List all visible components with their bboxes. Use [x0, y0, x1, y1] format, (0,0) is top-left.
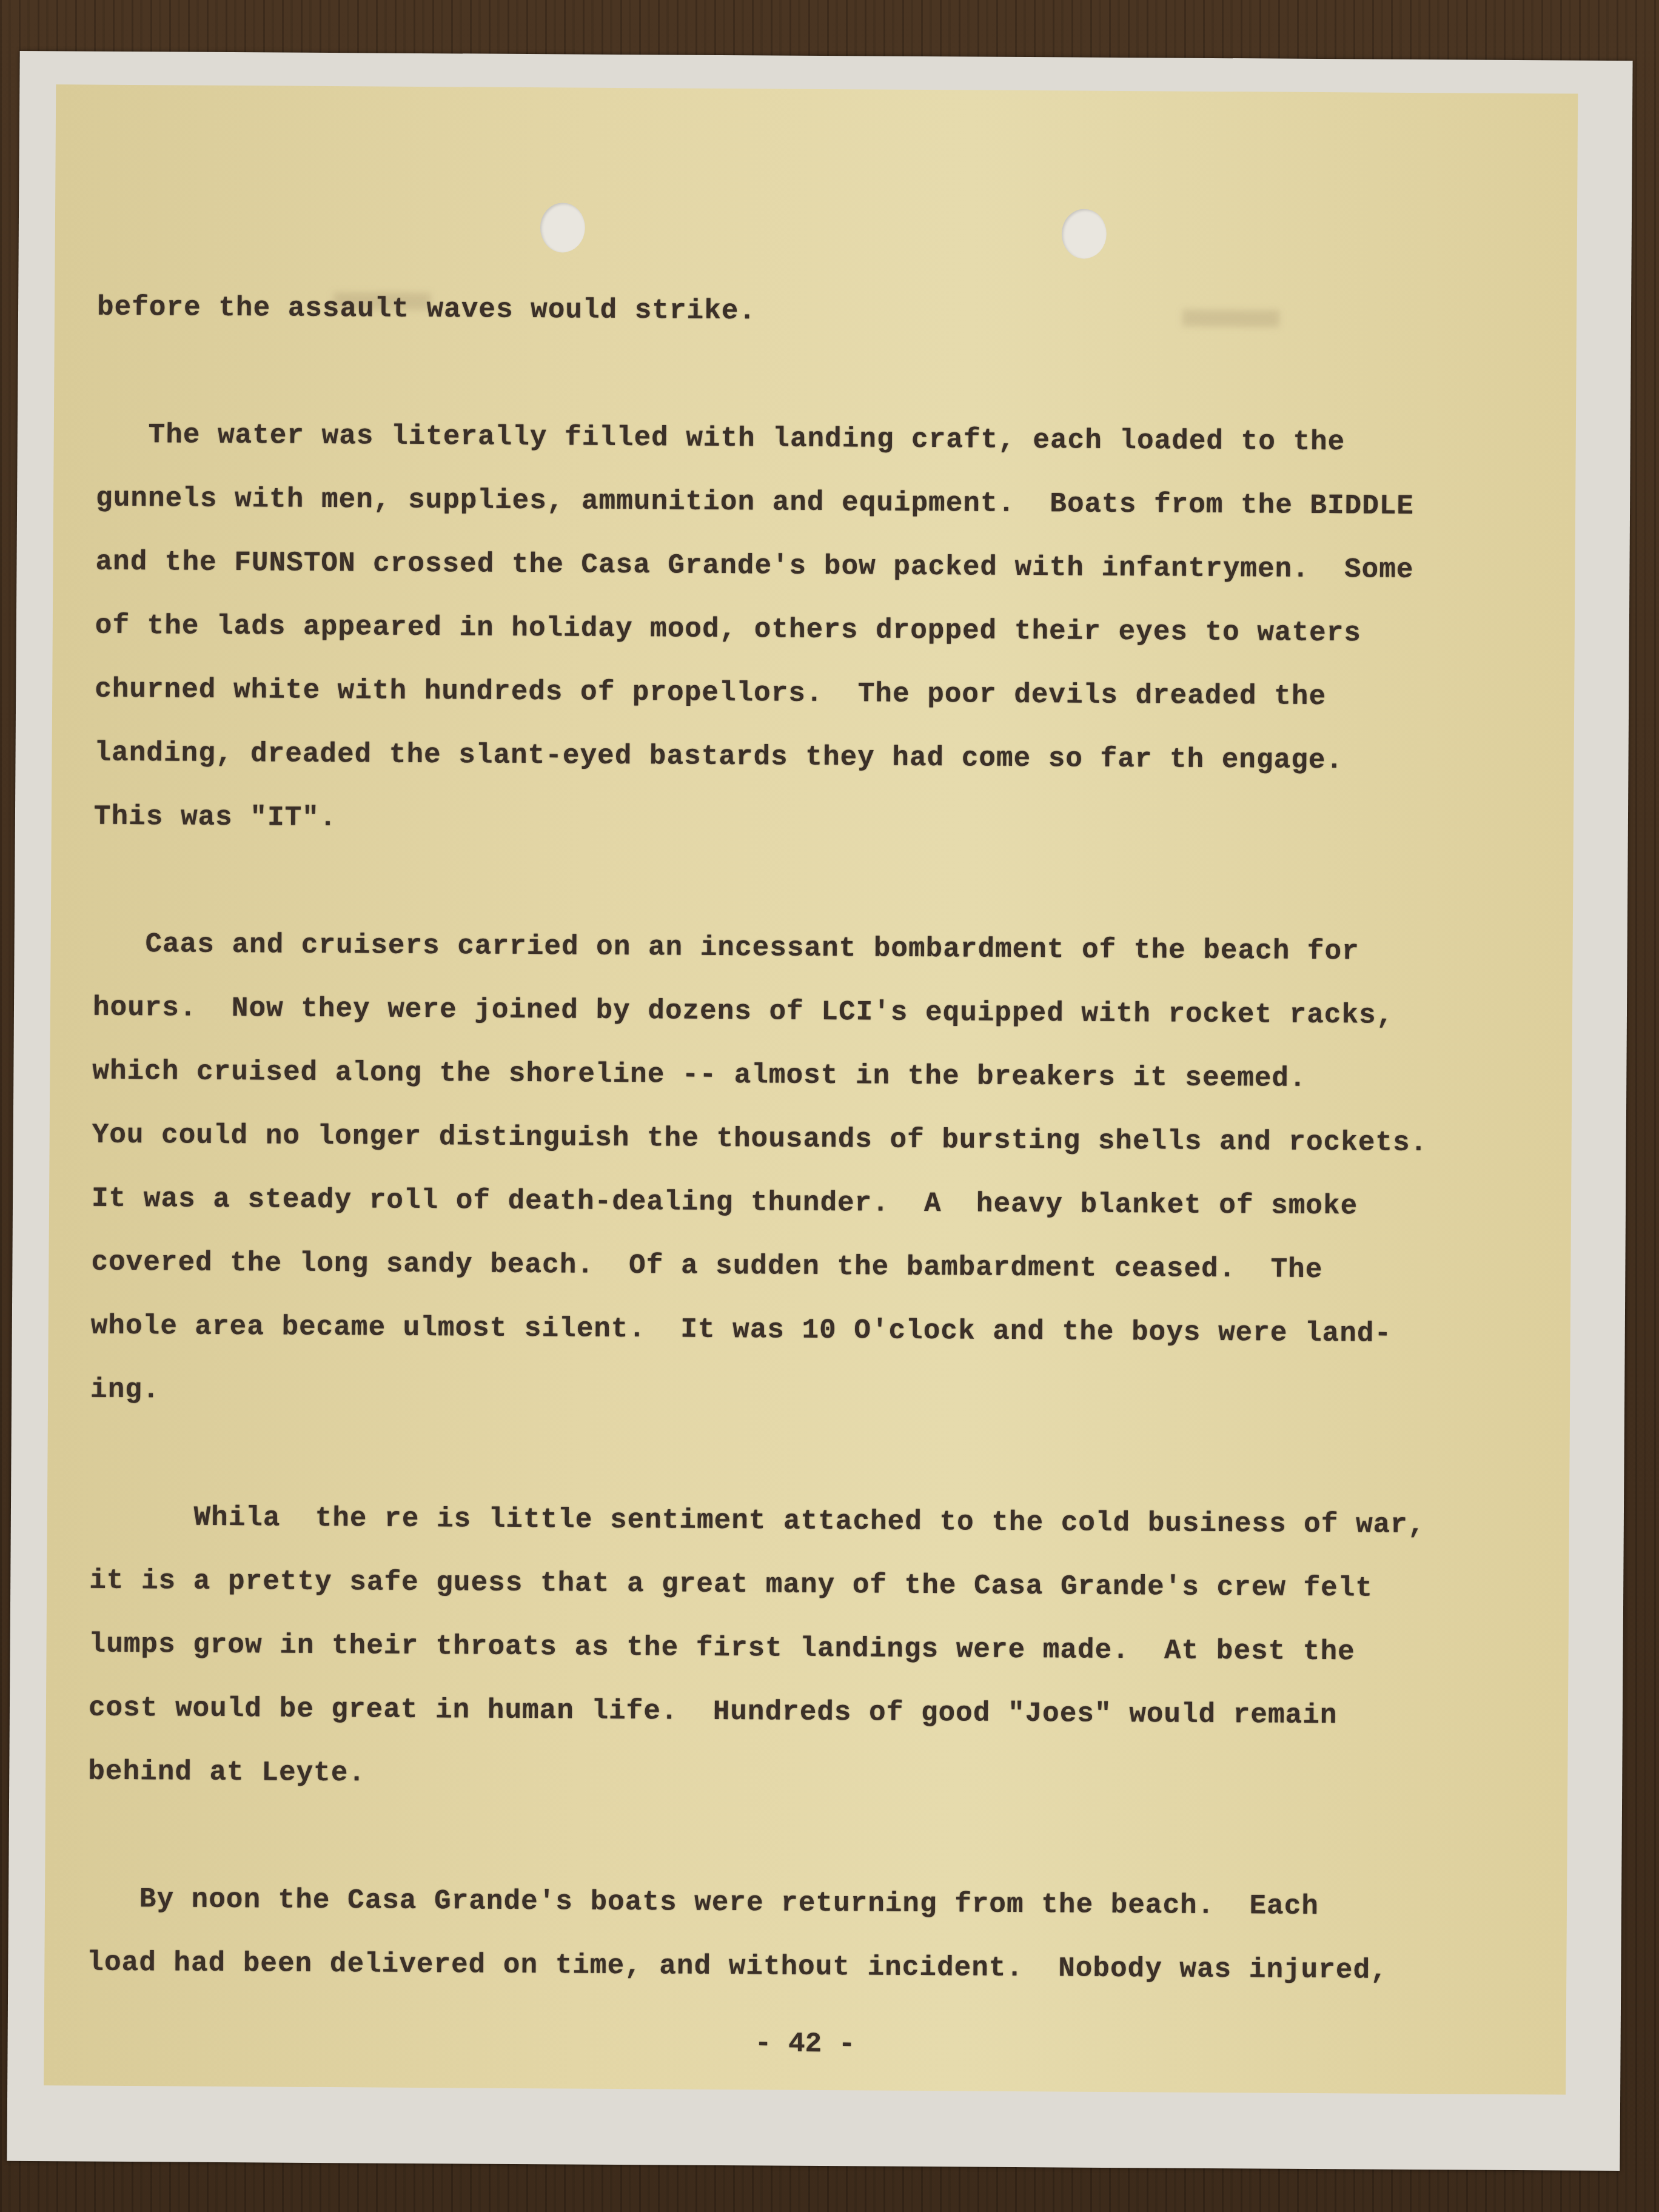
text-line: hours. Now they were joined by dozens of…	[93, 976, 1591, 1049]
text-line: gunnels with men, supplies, ammunition a…	[96, 467, 1594, 540]
punch-hole-left	[540, 203, 585, 252]
text-line: Caas and cruisers carried on an incessan…	[93, 913, 1591, 985]
text-line: before the assault waves would strike.	[97, 276, 1595, 349]
text-line: landing, dreaded the slant-eyed bastards…	[94, 722, 1592, 794]
text-line: lumps grow in their throats as the first…	[89, 1613, 1587, 1686]
typewritten-page: before the assault waves would strike. T…	[44, 84, 1578, 2094]
paper-sheet: before the assault waves would strike. T…	[7, 51, 1632, 2171]
text-line: You could no longer distinguish the thou…	[92, 1104, 1590, 1176]
text-line: load had been delivered on time, and wit…	[87, 1931, 1585, 2004]
text-line: behind at Leyte.	[88, 1740, 1586, 1813]
text-line: ing.	[90, 1358, 1589, 1431]
text-line: This was "IT".	[94, 785, 1592, 858]
text-line: Whila the re is little sentiment attache…	[90, 1486, 1588, 1558]
text-line: It was a steady roll of death-dealing th…	[92, 1167, 1590, 1240]
text-line: The water was literally filled with land…	[96, 403, 1594, 476]
punch-hole-right	[1062, 209, 1107, 258]
text-line: whole area became ulmost silent. It was …	[90, 1295, 1589, 1367]
text-line: cost would be great in human life. Hundr…	[89, 1677, 1587, 1749]
text-line: churned white with hundreds of propellor…	[95, 658, 1593, 731]
text-line: By noon the Casa Grande's boats were ret…	[87, 1868, 1586, 1940]
paragraph: By noon the Casa Grande's boats were ret…	[87, 1868, 1585, 2004]
text-line: and the FUNSTON crossed the Casa Grande'…	[95, 531, 1594, 603]
text-line: which cruised along the shoreline -- alm…	[92, 1040, 1590, 1113]
paragraph: Whila the re is little sentiment attache…	[88, 1486, 1587, 1813]
text-line: covered the long sandy beach. Of a sudde…	[91, 1231, 1589, 1304]
paragraph: Caas and cruisers carried on an incessan…	[90, 913, 1591, 1431]
paragraph: before the assault waves would strike.	[97, 276, 1595, 349]
body-text: before the assault waves would strike. T…	[86, 276, 1595, 2068]
paragraph: The water was literally filled with land…	[94, 403, 1594, 858]
text-line: of the lads appeared in holiday mood, ot…	[95, 594, 1594, 667]
text-line: it is a pretty safe guess that a great m…	[89, 1549, 1587, 1622]
